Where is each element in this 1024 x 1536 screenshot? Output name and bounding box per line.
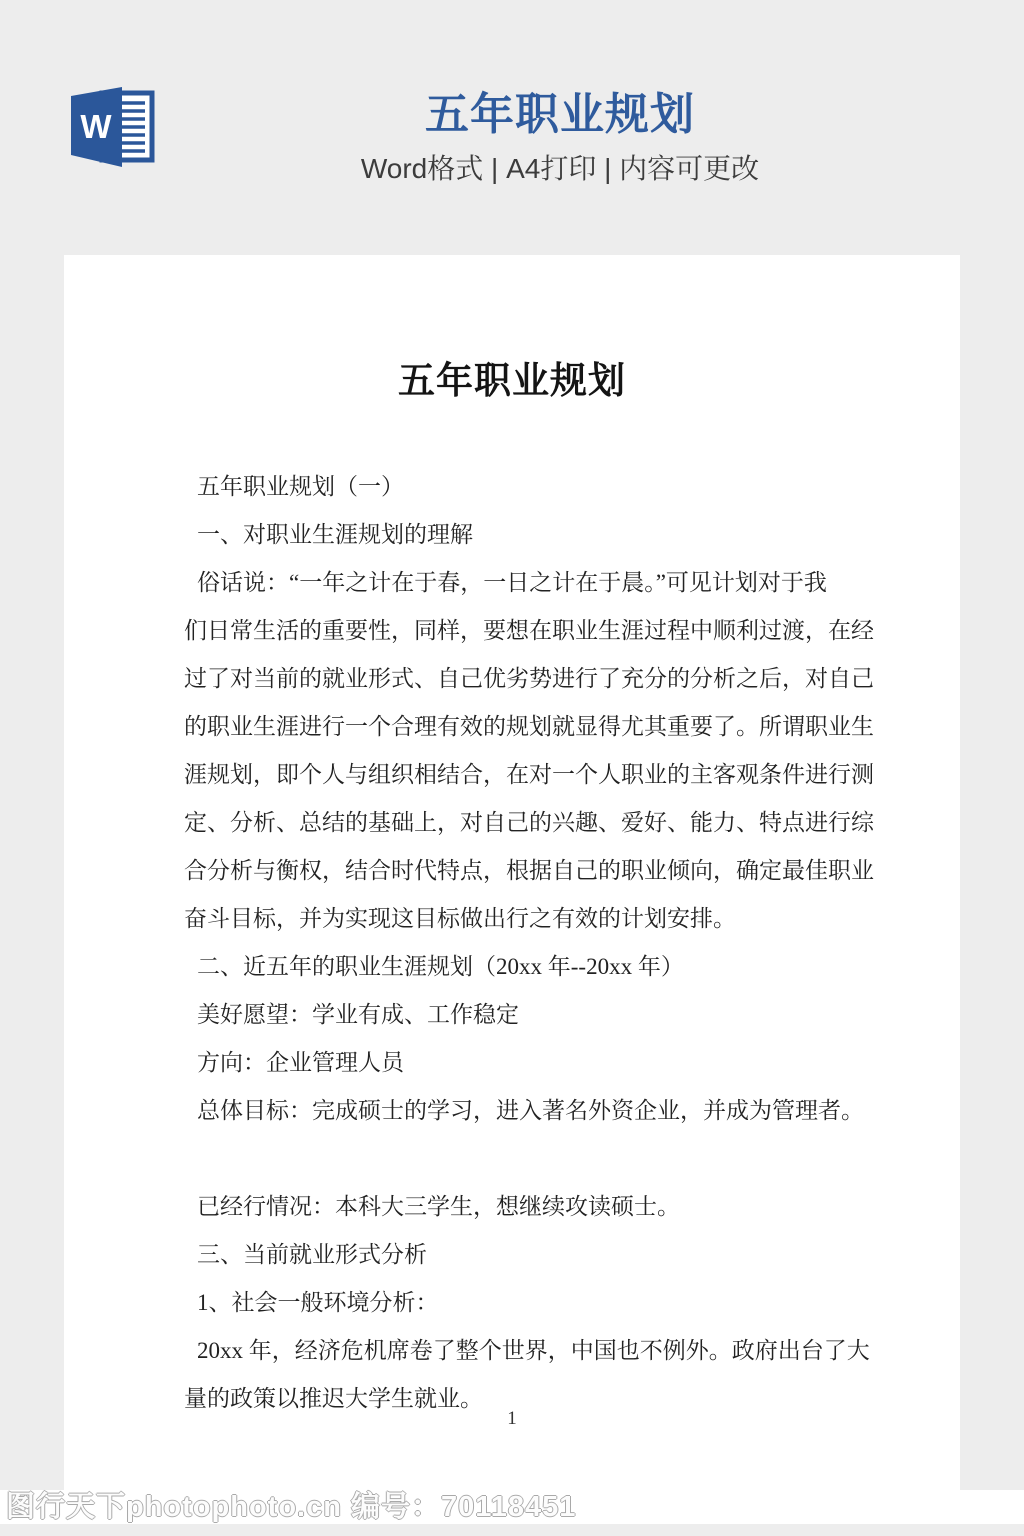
document-title: 五年职业规划 [64,361,960,403]
document-line [184,1135,898,1183]
document-line: 20xx 年，经济危机席卷了整个世界，中国也不例外。政府出台了大 [184,1327,898,1375]
page-number: 1 [64,1408,960,1430]
document-line: 美好愿望：学业有成、工作稳定 [184,991,898,1039]
document-line: 1、社会一般环境分析： [184,1279,898,1327]
template-subtitle: Word格式 | A4打印 | 内容可更改 [96,153,1024,185]
template-title: 五年职业规划 [96,90,1024,140]
document-line: 俗话说：“一年之计在于春，一日之计在于晨。”可见计划对于我 [184,559,898,607]
watermark-bar: 图行天下photophoto.cn 编号：70118451 [0,1490,1024,1524]
header-banner: W 五年职业规划 Word格式 | A4打印 | 内容可更改 [0,0,1024,255]
document-line: 二、近五年的职业生涯规划（20xx 年--20xx 年） [184,943,898,991]
document-line: 一、对职业生涯规划的理解 [184,511,898,559]
header-titles: 五年职业规划 Word格式 | A4打印 | 内容可更改 [0,0,1024,185]
document-line: 方向：企业管理人员 [184,1039,898,1087]
watermark-text: 图行天下photophoto.cn 编号：70118451 [6,1490,576,1524]
document-line: 涯规划，即个人与组织相结合，在对一个人职业的主客观条件进行测 [184,751,898,799]
document-line: 总体目标：完成硕士的学习，进入著名外资企业，并成为管理者。 [184,1087,898,1135]
document-line: 已经行情况：本科大三学生，想继续攻读硕士。 [184,1183,898,1231]
document-body: 五年职业规划（一）一、对职业生涯规划的理解俗话说：“一年之计在于春，一日之计在于… [64,463,960,1423]
document-line: 奋斗目标，并为实现这目标做出行之有效的计划安排。 [184,895,898,943]
document-line: 定、分析、总结的基础上，对自己的兴趣、爱好、能力、特点进行综 [184,799,898,847]
document-line: 五年职业规划（一） [184,463,898,511]
document-line: 的职业生涯进行一个合理有效的规划就显得尤其重要了。所谓职业生 [184,703,898,751]
document-line: 三、当前就业形式分析 [184,1231,898,1279]
document-line: 们日常生活的重要性，同样，要想在职业生涯过程中顺利过渡，在经 [184,607,898,655]
document-line: 过了对当前的就业形式、自己优劣势进行了充分的分析之后，对自己 [184,655,898,703]
document-line: 合分析与衡权，结合时代特点，根据自己的职业倾向，确定最佳职业 [184,847,898,895]
document-page: 五年职业规划 五年职业规划（一）一、对职业生涯规划的理解俗话说：“一年之计在于春… [64,255,960,1490]
